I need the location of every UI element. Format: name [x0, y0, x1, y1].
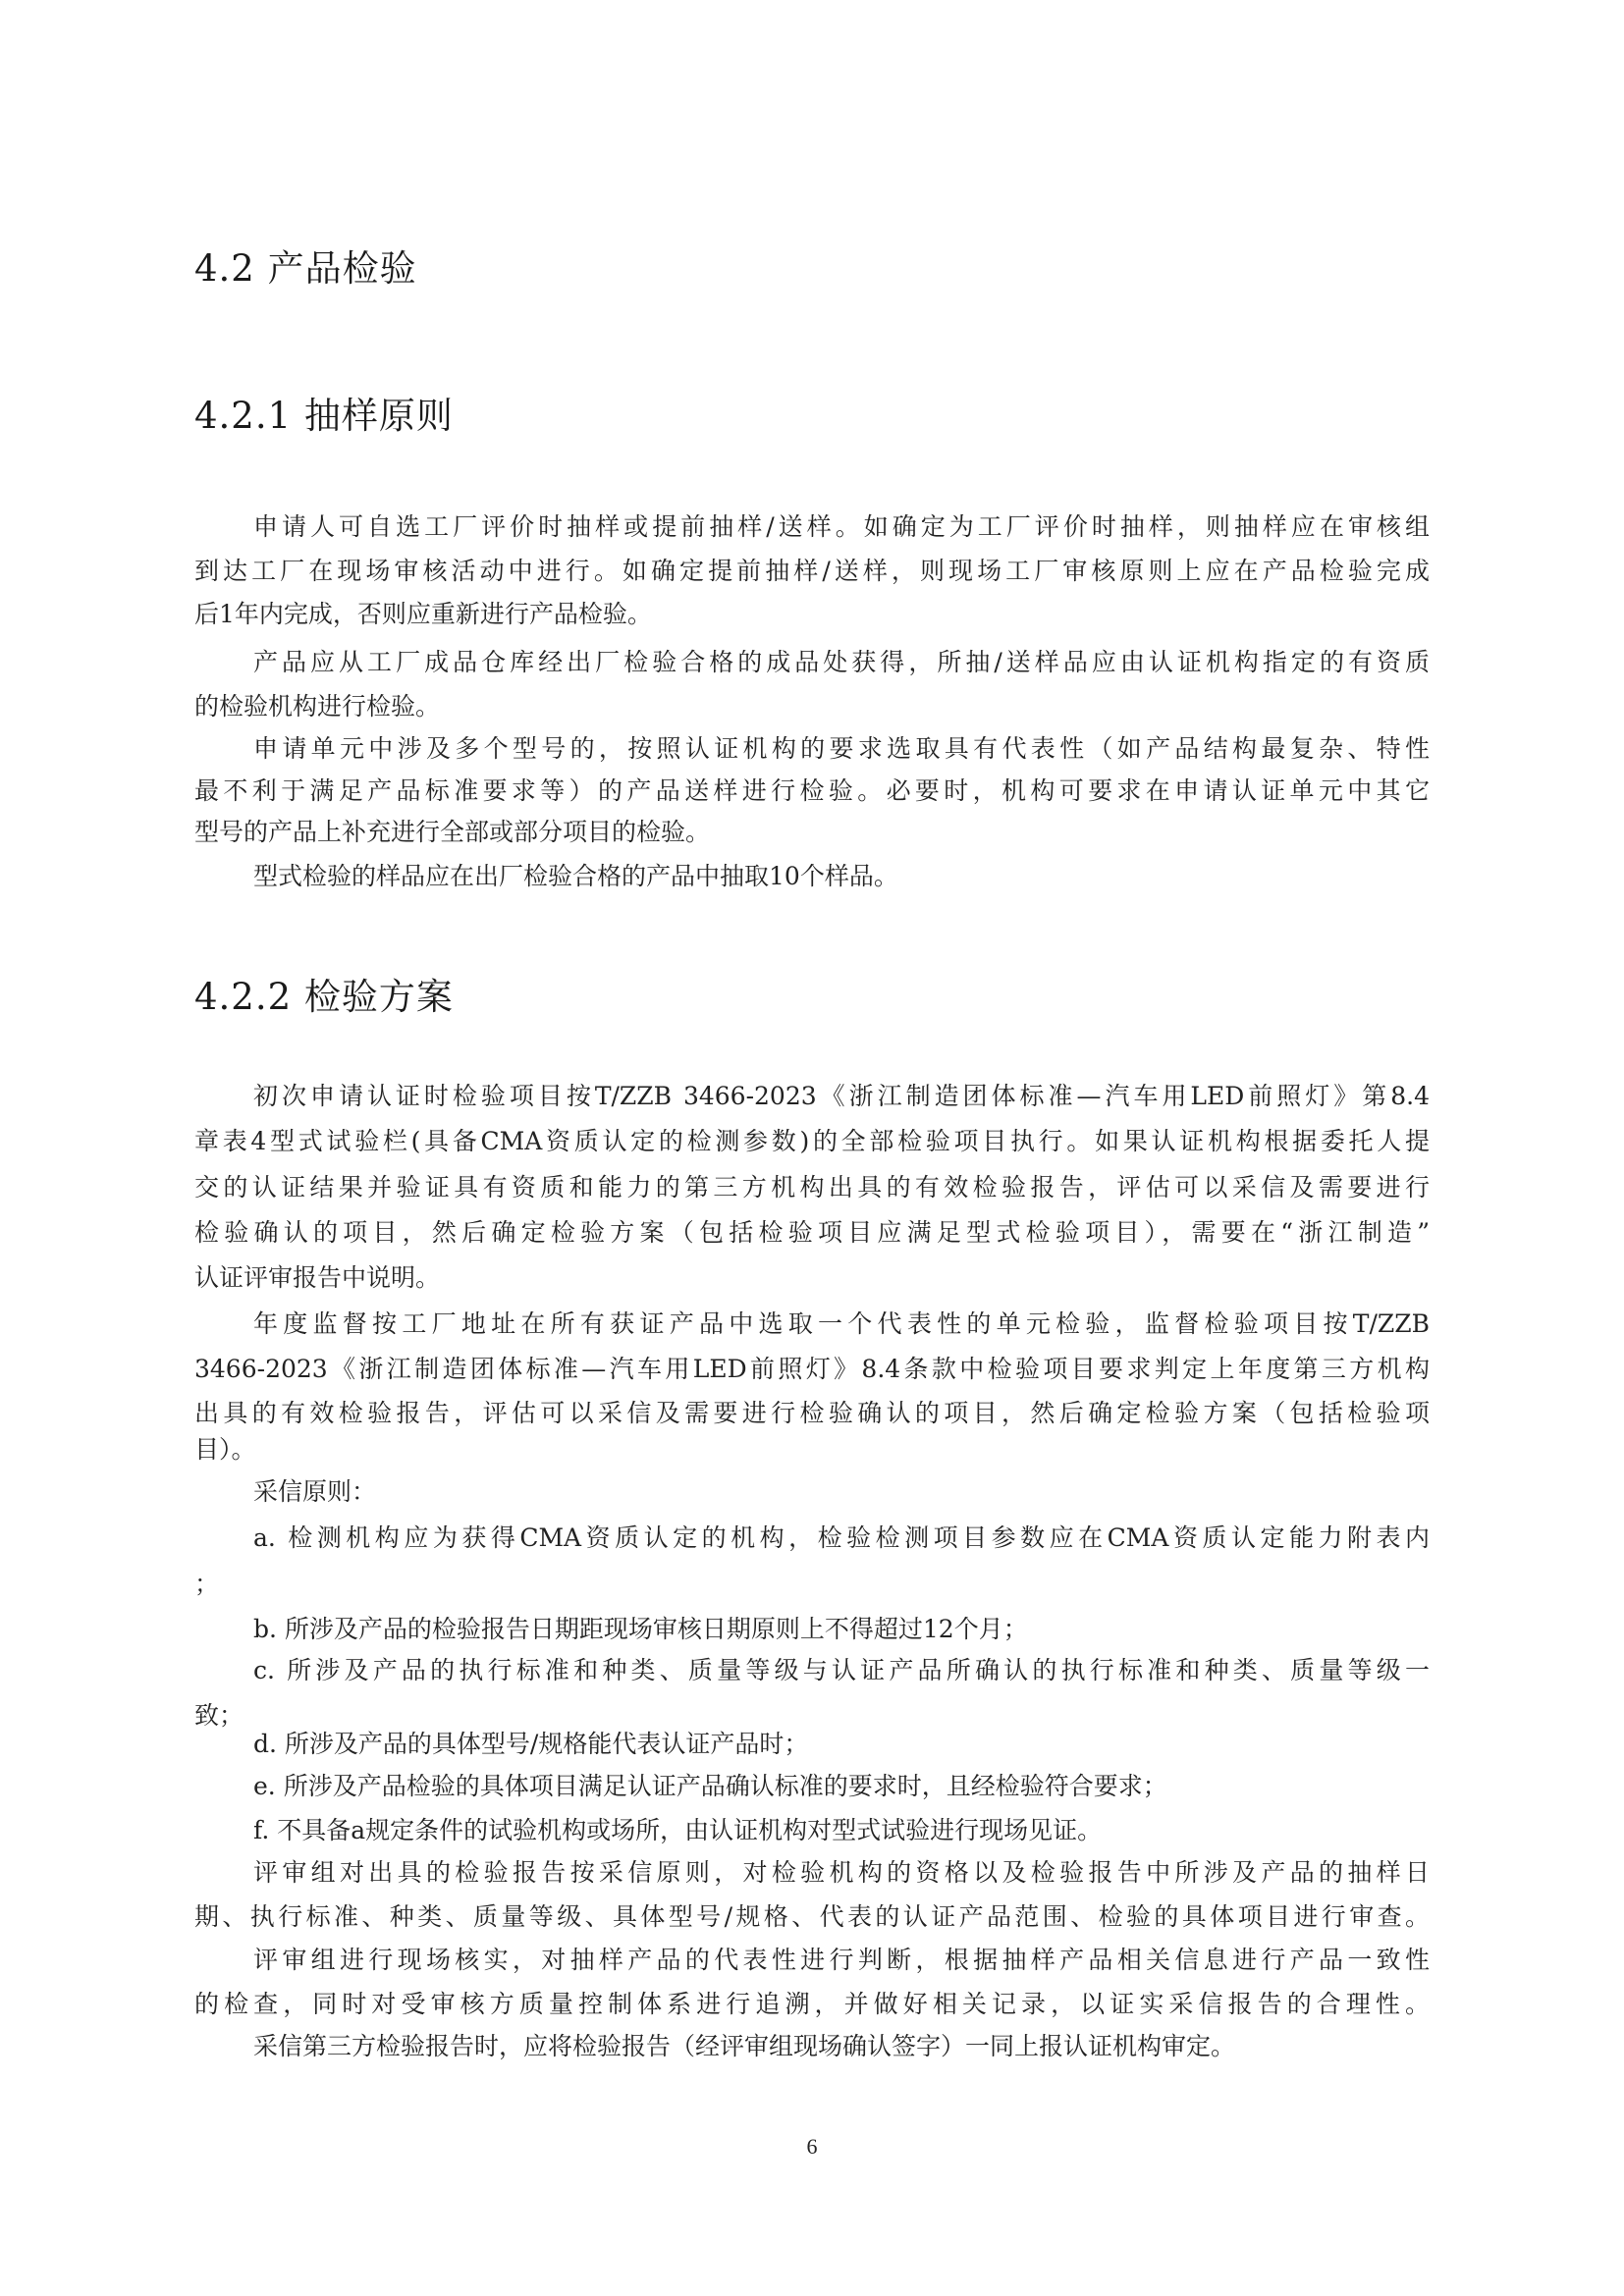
paragraph-line: 型号的产品上补充进行全部或部分项目的检验。: [194, 811, 1430, 854]
document-page: 4.2 产品检验 4.2.1 抽样原则 申请人可自选工厂评价时抽样或提前抽样/送…: [0, 0, 1624, 2296]
paragraph-line: 后1年内完成，否则应重新进行产品检验。: [194, 593, 1430, 636]
paragraph-line: 评审组进行现场核实，对抽样产品的代表性进行判断，根据抽样产品相关信息进行产品一致…: [253, 1939, 1430, 1982]
list-item-c: c. 所涉及产品的执行标准和种类、质量等级与认证产品所确认的执行标准和种类、质量…: [253, 1649, 1430, 1692]
paragraph-line: 目）。: [194, 1428, 1430, 1471]
page-number: 6: [0, 2132, 1624, 2162]
paragraph-line: 检验确认的项目，然后确定检验方案（包括检验项目应满足型式检验项目），需要在“浙江…: [194, 1211, 1430, 1255]
list-heading: 采信原则：: [253, 1470, 1430, 1514]
paragraph-line: 型式检验的样品应在出厂检验合格的产品中抽取10个样品。: [253, 855, 1430, 898]
paragraph-line: 申请人可自选工厂评价时抽样或提前抽样/送样。如确定为工厂评价时抽样，则抽样应在审…: [253, 506, 1430, 549]
paragraph-line: 初次申请认证时检验项目按T/ZZB 3466-2023《浙江制造团体标准—汽车用…: [253, 1075, 1430, 1118]
section-heading-4-2-1: 4.2.1 抽样原则: [194, 395, 454, 438]
paragraph-line: 认证评审报告中说明。: [194, 1256, 1430, 1300]
paragraph-line: 年度监督按工厂地址在所有获证产品中选取一个代表性的单元检验，监督检验项目按T/Z…: [253, 1303, 1430, 1346]
list-item-a: a. 检测机构应为获得CMA资质认定的机构，检验检测项目参数应在CMA资质认定能…: [253, 1517, 1430, 1560]
list-item-e: e. 所涉及产品检验的具体项目满足认证产品确认标准的要求时，且经检验符合要求；: [253, 1765, 1430, 1808]
paragraph-line: 3466-2023《浙江制造团体标准—汽车用LED前照灯》8.4条款中检验项目要…: [194, 1348, 1430, 1391]
list-item-d: d. 所涉及产品的具体型号/规格能代表认证产品时；: [253, 1723, 1430, 1766]
paragraph-line: 章表4型式试验栏(具备CMA资质认定的检测参数)的全部检验项目执行。如果认证机构…: [194, 1120, 1430, 1163]
list-item-f: f. 不具备a规定条件的试验机构或场所，由认证机构对型式试验进行现场见证。: [253, 1809, 1430, 1852]
paragraph-line: 产品应从工厂成品仓库经出厂检验合格的成品处获得，所抽/送样品应由认证机构指定的有…: [253, 641, 1430, 684]
list-item-b: b. 所涉及产品的检验报告日期距现场审核日期原则上不得超过12个月；: [253, 1608, 1430, 1651]
paragraph-line: 采信第三方检验报告时，应将检验报告（经评审组现场确认签字）一同上报认证机构审定。: [253, 2025, 1430, 2068]
paragraph-line: 交的认证结果并验证具有资质和能力的第三方机构出具的有效检验报告，评估可以采信及需…: [194, 1166, 1430, 1209]
section-heading-4-2-2: 4.2.2 检验方案: [194, 976, 454, 1019]
paragraph-line: 最不利于满足产品标准要求等）的产品送样进行检验。必要时，机构可要求在申请认证单元…: [194, 770, 1430, 813]
paragraph-line: 的检查，同时对受审核方质量控制体系进行追溯，并做好相关记录，以证实采信报告的合理…: [194, 1983, 1430, 2026]
paragraph-line: 到达工厂在现场审核活动中进行。如确定提前抽样/送样，则现场工厂审核原则上应在产品…: [194, 550, 1430, 593]
list-item-a-continuation: ；: [194, 1563, 1430, 1606]
section-heading-4-2: 4.2 产品检验: [194, 247, 417, 291]
paragraph-line: 期、执行标准、种类、质量等级、具体型号/规格、代表的认证产品范围、检验的具体项目…: [194, 1896, 1430, 1939]
paragraph-line: 申请单元中涉及多个型号的，按照认证机构的要求选取具有代表性（如产品结构最复杂、特…: [253, 727, 1430, 771]
paragraph-line: 的检验机构进行检验。: [194, 685, 1430, 728]
paragraph-line: 评审组对出具的检验报告按采信原则，对检验机构的资格以及检验报告中所涉及产品的抽样…: [253, 1851, 1430, 1895]
